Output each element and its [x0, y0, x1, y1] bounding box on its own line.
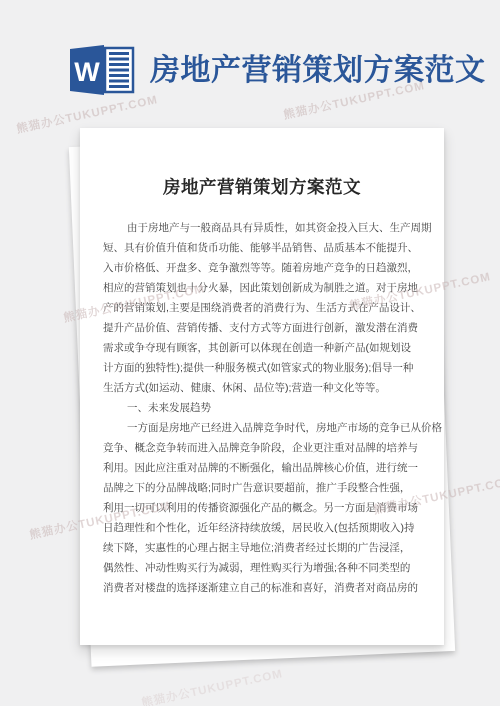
- header: W 房地产营销策划方案范文: [0, 40, 500, 102]
- word-icon: W: [68, 44, 136, 96]
- document-page: 房地产营销策划方案范文 由于房地产与一般商品具有异质性，如其资金投入巨大、生产周…: [80, 128, 444, 645]
- document-title: 房地产营销策划方案范文: [103, 174, 421, 200]
- document-preview-canvas: W 房地产营销策划方案范文 房地产营销策划方案范文 由于房地产与一般商品具有异质…: [0, 0, 500, 706]
- document-paragraph: 一方面是房地产已经进入品牌竞争时代，房地产市场的竞争已从价格 竞争、概念竞争转而…: [103, 418, 421, 598]
- watermark-text: 熊猫办公TUKUPPT.COM: [140, 665, 284, 706]
- document-paragraph: 由于房地产与一般商品具有异质性，如其资金投入巨大、生产周期 短、具有价值升值和货…: [103, 218, 421, 398]
- svg-text:W: W: [74, 57, 100, 87]
- document-body: 由于房地产与一般商品具有异质性，如其资金投入巨大、生产周期 短、具有价值升值和货…: [103, 218, 421, 598]
- document-section-heading: 一、未来发展趋势: [103, 398, 421, 418]
- page-title: 房地产营销策划方案范文: [150, 40, 494, 102]
